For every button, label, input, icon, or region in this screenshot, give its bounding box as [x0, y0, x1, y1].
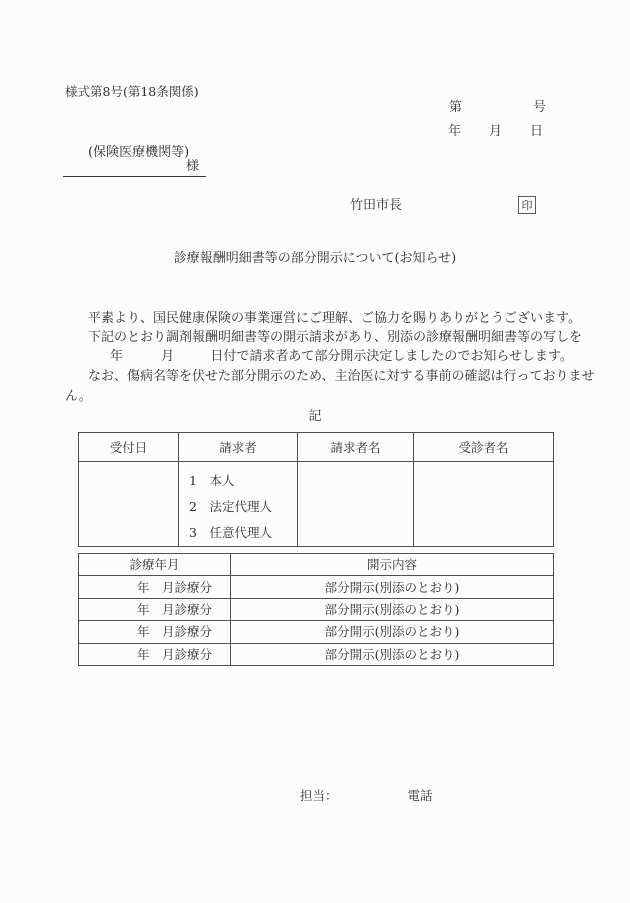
- seal-stamp-icon: 印: [518, 196, 536, 214]
- header-reception-date: 受付日: [79, 433, 179, 462]
- seal-character: 印: [522, 200, 533, 211]
- form-number: 様式第8号(第18条関係): [65, 84, 199, 99]
- disclosure-row-1: 年 月診療分 部分開示(別添のとおり): [79, 576, 554, 598]
- disclosure-row-4: 年 月診療分 部分開示(別添のとおり): [79, 643, 554, 665]
- decision-month: 月: [161, 349, 174, 364]
- request-table-header-row: 受付日 請求者 請求者名 受診者名: [79, 433, 554, 462]
- date-year: 年: [448, 124, 461, 140]
- header-disclosure-content: 開示内容: [231, 554, 554, 576]
- disclosure-content-cell: 部分開示(別添のとおり): [231, 576, 554, 598]
- body-line-5: ん。: [65, 389, 92, 405]
- doc-number-line: 第 号: [449, 100, 546, 116]
- date-month: 月: [489, 124, 502, 140]
- decision-day-rest: 日付で請求者あて部分開示決定しましたのでお知らせします。: [210, 349, 573, 364]
- body-line-2: 下記のとおり調剤報酬明細書等の開示請求があり、別添の診療報酬明細書等の写しを: [88, 330, 582, 346]
- disclosure-content-cell: 部分開示(別添のとおり): [231, 621, 554, 643]
- body-line-3: 年 月 日付で請求者あて部分開示決定しましたのでお知らせします。: [110, 349, 573, 365]
- disclosure-row-3: 年 月診療分 部分開示(別添のとおり): [79, 621, 554, 643]
- reception-date-cell: [79, 462, 179, 547]
- header-patient-name: 受診者名: [414, 433, 554, 462]
- footer-contact-line: 担当： 電話: [300, 788, 433, 803]
- recipient-honorific: 様: [186, 159, 199, 174]
- requester-option-self: 1 本人: [189, 468, 297, 494]
- disclosure-row-2: 年 月診療分 部分開示(別添のとおり): [79, 598, 554, 620]
- treatment-month-cell: 年 月診療分: [79, 643, 231, 665]
- requester-name-cell: [298, 462, 414, 547]
- requester-option-voluntary-agent: 3 任意代理人: [189, 520, 297, 546]
- disclosure-content-cell: 部分開示(別添のとおり): [231, 598, 554, 620]
- treatment-month-cell: 年 月診療分: [79, 621, 231, 643]
- date-day: 日: [530, 124, 543, 140]
- treatment-month-cell: 年 月診療分: [79, 576, 231, 598]
- treatment-month-cell: 年 月診療分: [79, 598, 231, 620]
- requester-option-legal-agent: 2 法定代理人: [189, 494, 297, 520]
- phone-label: 電話: [408, 788, 433, 803]
- disclosure-table: 診療年月 開示内容 年 月診療分 部分開示(別添のとおり) 年 月診療分 部分開…: [78, 553, 554, 666]
- sender-name: 竹田市長: [350, 198, 402, 214]
- document-title: 診療報酬明細書等の部分開示について(お知らせ): [0, 251, 630, 267]
- requester-options-cell: 1 本人 2 法定代理人 3 任意代理人: [179, 462, 298, 547]
- doc-number-prefix: 第: [449, 100, 462, 116]
- recipient-name-blank: 様: [63, 159, 206, 177]
- request-table: 受付日 請求者 請求者名 受診者名 1 本人 2 法定代理人 3 任意代理人: [78, 432, 554, 547]
- document-page: 様式第8号(第18条関係) 第 号 年 月 日 (保険医療機関等) 様 竹田市長…: [0, 0, 630, 903]
- contact-label: 担当：: [300, 788, 338, 803]
- disclosure-content-cell: 部分開示(別添のとおり): [231, 643, 554, 665]
- header-requester: 請求者: [179, 433, 298, 462]
- patient-name-cell: [414, 462, 554, 547]
- decision-year: 年: [110, 349, 123, 364]
- date-line: 年 月 日: [448, 124, 543, 140]
- ki-heading: 記: [0, 409, 630, 425]
- disclosure-table-header-row: 診療年月 開示内容: [79, 554, 554, 576]
- request-table-body-row: 1 本人 2 法定代理人 3 任意代理人: [79, 462, 554, 547]
- doc-number-suffix: 号: [533, 100, 546, 116]
- header-treatment-month: 診療年月: [79, 554, 231, 576]
- body-line-4: なお、傷病名等を伏せた部分開示のため、主治医に対する事前の確認は行っておりませ: [88, 369, 594, 385]
- header-requester-name: 請求者名: [298, 433, 414, 462]
- body-line-1: 平素より、国民健康保険の事業運営にご理解、ご協力を賜りありがとうございます。: [88, 311, 581, 327]
